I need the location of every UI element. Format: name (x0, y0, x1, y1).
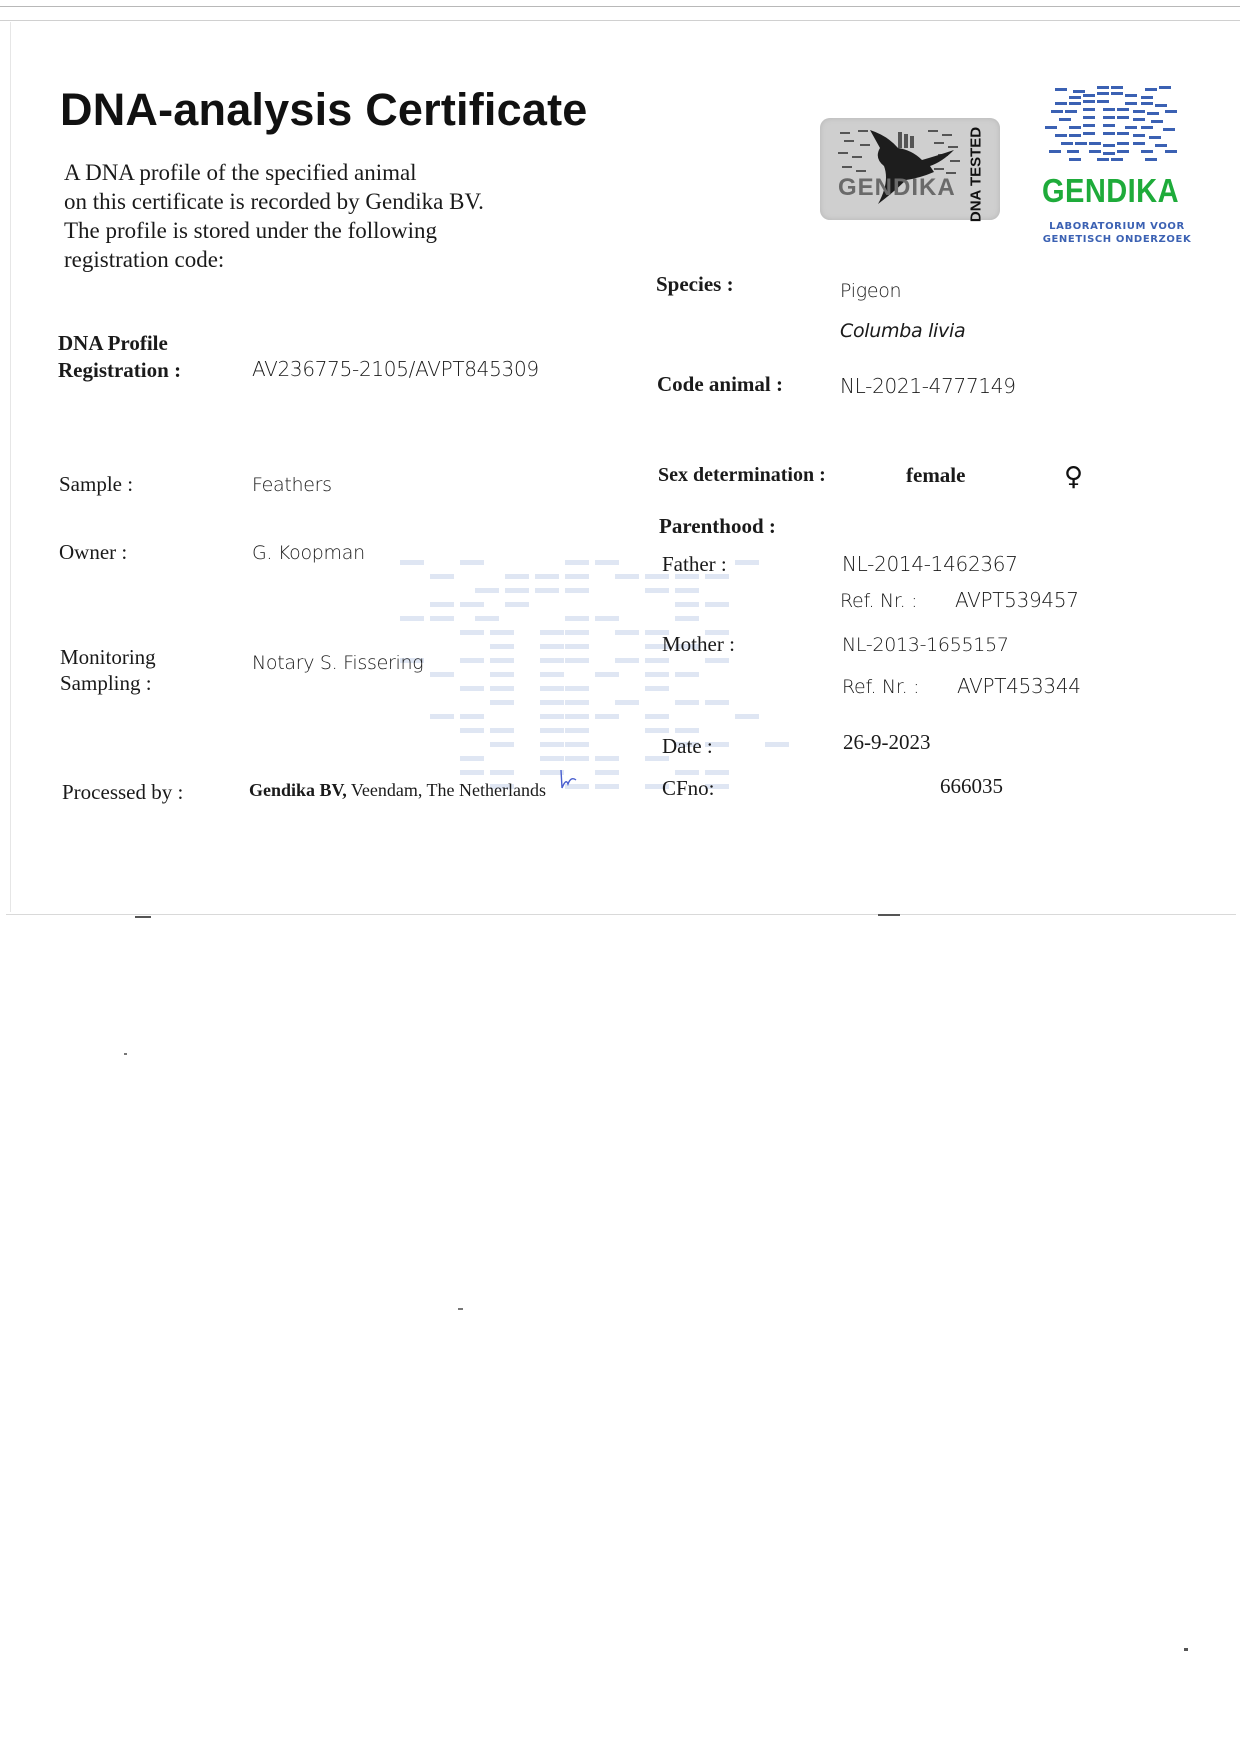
processed-location: Veendam, The Netherlands (347, 780, 546, 800)
mother-label: Mother : (662, 632, 735, 657)
signature-mark-icon (558, 768, 580, 794)
scan-mark (878, 914, 900, 916)
logo-name: GENDIKA (1042, 172, 1179, 210)
father-value: NL-2014-1462367 (842, 552, 1018, 576)
mother-ref-value: AVPT453344 (957, 674, 1081, 698)
sample-value: Feathers (252, 474, 332, 496)
dna-profile-value: AV236775-2105/AVPT845309 (252, 357, 539, 381)
scan-edge-top (0, 6, 1240, 7)
father-ref-value: AVPT539457 (955, 588, 1079, 612)
scan-edge-bottom (6, 914, 1236, 915)
logo-subtitle-line: LABORATORIUM VOOR (1042, 220, 1192, 233)
card-edge (10, 22, 11, 912)
intro-line: registration code: (64, 245, 484, 274)
dna-profile-label: DNA Profile Registration : (58, 330, 181, 384)
sex-value: female (906, 463, 965, 488)
label-line: DNA Profile (58, 330, 181, 357)
mother-value: NL-2013-1655157 (842, 634, 1009, 656)
father-label: Father : (662, 552, 727, 577)
species-label: Species : (656, 272, 734, 297)
code-animal-value: NL-2021-4777149 (840, 374, 1016, 398)
label-line: Registration : (58, 357, 181, 384)
scan-speck (1184, 1648, 1188, 1651)
date-value: 26-9-2023 (843, 730, 931, 755)
scan-speck (458, 1308, 463, 1310)
mother-ref-label: Ref. Nr. : (842, 676, 919, 698)
intro-text: A DNA profile of the specified animal on… (64, 158, 484, 274)
label-line: Sampling : (60, 670, 156, 696)
scan-mark (135, 916, 151, 918)
sample-label: Sample : (59, 472, 133, 497)
intro-line: A DNA profile of the specified animal (64, 158, 484, 187)
page-title: DNA-analysis Certificate (60, 84, 588, 136)
sex-determination-label: Sex determination : (658, 464, 826, 487)
species-common: Pigeon (840, 280, 901, 302)
date-label: Date : (662, 734, 713, 759)
dna-tested-stamp: GENDIKA DNA TESTED (820, 118, 1000, 220)
processed-value: Gendika BV, Veendam, The Netherlands (249, 780, 546, 801)
logo-subtitle-line: GENETISCH ONDERZOEK (1042, 233, 1192, 246)
owner-label: Owner : (59, 540, 127, 565)
cfno-label: CFno: (662, 776, 715, 801)
species-latin: Columba livia (840, 320, 965, 342)
scan-speck (124, 1053, 127, 1055)
code-animal-label: Code animal : (657, 372, 783, 397)
stamp-brand: GENDIKA (838, 174, 956, 202)
father-ref-label: Ref. Nr. : (840, 590, 917, 612)
cfno-value: 666035 (940, 774, 1003, 799)
female-symbol-icon: ♀ (1064, 462, 1083, 492)
owner-value: G. Koopman (252, 542, 365, 564)
gendika-logo: GENDIKA LABORATORIUM VOOR GENETISCH ONDE… (1040, 84, 1190, 164)
monitoring-value: Notary S. Fissering (252, 652, 423, 674)
logo-subtitle: LABORATORIUM VOOR GENETISCH ONDERZOEK (1042, 220, 1192, 246)
stamp-badge-text: DNA TESTED (968, 125, 985, 225)
label-line: Monitoring (60, 644, 156, 670)
parenthood-label: Parenthood : (659, 514, 776, 539)
processed-company: Gendika BV, (249, 780, 347, 800)
scan-edge-top-2 (0, 20, 1240, 21)
processed-label: Processed by : (62, 780, 183, 805)
intro-line: The profile is stored under the followin… (64, 216, 484, 245)
gendika-g-mark-icon (1045, 84, 1185, 164)
intro-line: on this certificate is recorded by Gendi… (64, 187, 484, 216)
monitoring-label: Monitoring Sampling : (60, 644, 156, 696)
